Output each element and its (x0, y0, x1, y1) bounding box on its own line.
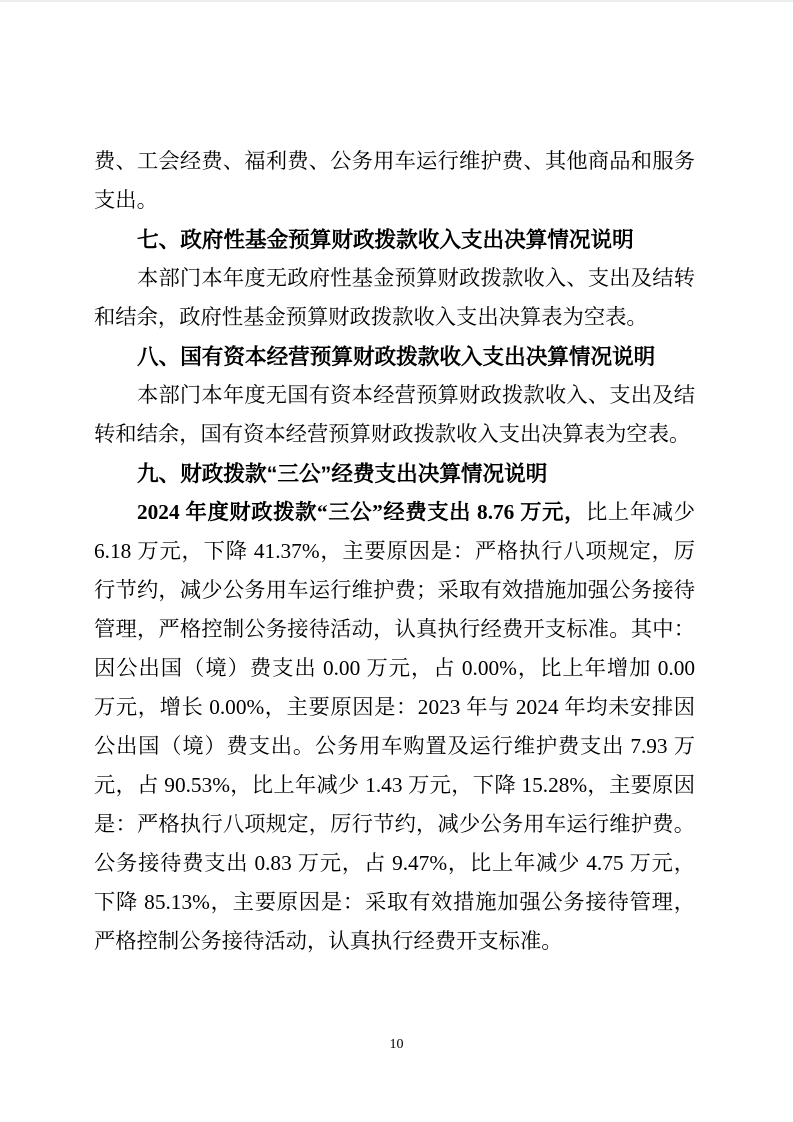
section-9-paragraph-rest: 比上年减少 6.18 万元，下降 41.37%，主要原因是：严格执行八项规定，厉… (94, 500, 695, 953)
section-7-paragraph: 本部门本年度无政府性基金预算财政拨款收入、支出及结转和结余，政府性基金预算财政拨… (94, 259, 695, 337)
section-9-paragraph: 2024 年度财政拨款“三公”经费支出 8.76 万元，比上年减少 6.18 万… (94, 493, 695, 961)
section-9-paragraph-bold-lead: 2024 年度财政拨款“三公”经费支出 8.76 万元， (137, 500, 586, 524)
section-9-heading: 九、财政拨款“三公”经费支出决算情况说明 (94, 454, 695, 493)
continuation-paragraph: 费、工会经费、福利费、公务用车运行维护费、其他商品和服务支出。 (94, 142, 695, 220)
section-7-heading: 七、政府性基金预算财政拨款收入支出决算情况说明 (94, 220, 695, 259)
page-footer: 10 (0, 1036, 793, 1054)
page-number: 10 (390, 1037, 404, 1052)
page-top-edge (0, 0, 793, 2)
document-page: 费、工会经费、福利费、公务用车运行维护费、其他商品和服务支出。 七、政府性基金预… (0, 0, 793, 1122)
page-body-text: 费、工会经费、福利费、公务用车运行维护费、其他商品和服务支出。 七、政府性基金预… (94, 142, 695, 961)
section-8-heading: 八、国有资本经营预算财政拨款收入支出决算情况说明 (94, 337, 695, 376)
section-8-paragraph: 本部门本年度无国有资本经营预算财政拨款收入、支出及结转和结余，国有资本经营预算财… (94, 376, 695, 454)
